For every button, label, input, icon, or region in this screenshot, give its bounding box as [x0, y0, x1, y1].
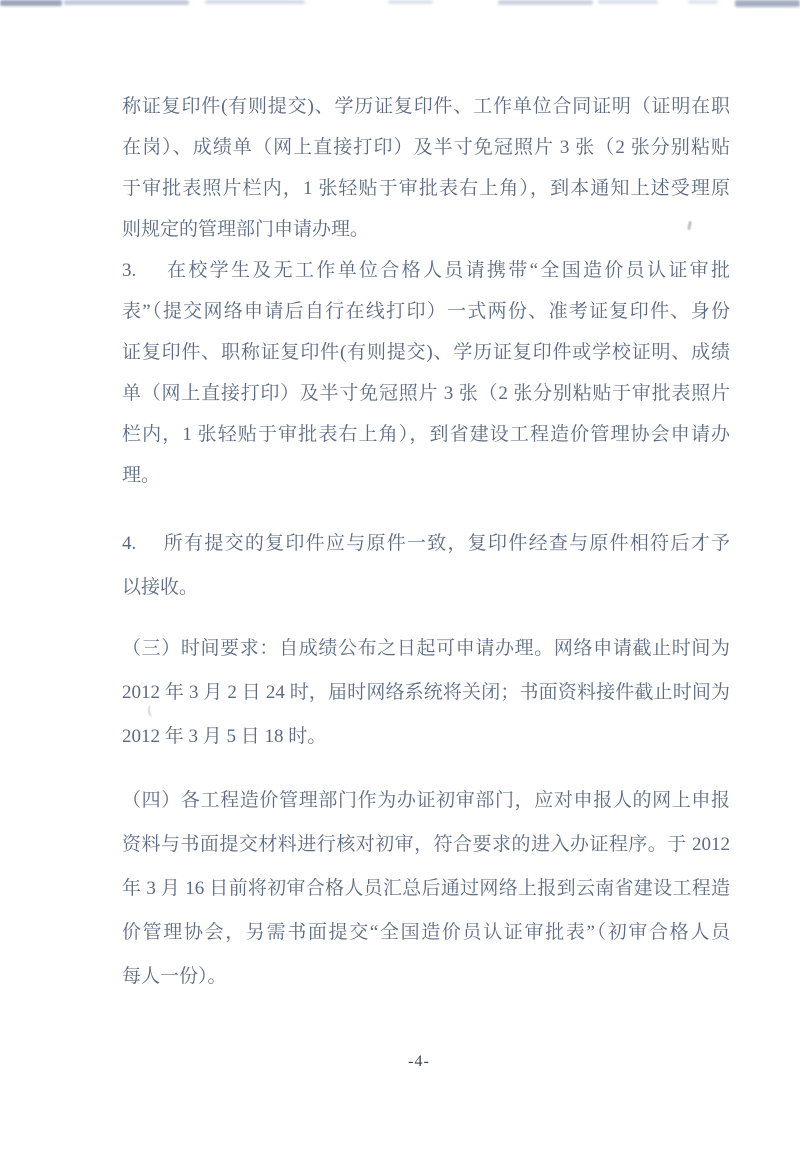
text-line: 每人一份）。	[122, 955, 730, 999]
para-item3: 3. 在校学生及无工作单位合格人员请携带“全国造价员认证审批表”（提交网络申请后…	[122, 250, 730, 496]
text-line: 在岗）、成绩单（网上直接打印）及半寸免冠照片 3 张（2 张分别粘贴	[122, 127, 730, 168]
text-line: 年 3 月 16 日前将初审合格人员汇总后通过网络上报到云南省建设工程造	[122, 867, 730, 911]
text-line: （四）各工程造价管理部门作为办证初审部门，应对申报人的网上申报	[122, 779, 730, 823]
text-line: 以接收。	[122, 566, 730, 610]
text-line: 2012 年 3 月 2 日 24 时，届时网络系统将关闭；书面资料接件截止时间…	[122, 671, 730, 715]
text-line: 资料与书面提交材料进行核对初审，符合要求的进入办证程序。于 2012	[122, 823, 730, 867]
scan-smudge	[598, 0, 658, 4]
para-section3-time-requirement: （三）时间要求：自成绩公布之日起可申请办理。网络申请截止时间为2012 年 3 …	[122, 627, 730, 759]
scan-smudge	[735, 0, 800, 7]
para-item2-continuation: 称证复印件(有则提交)、学历证复印件、工作单位合同证明（证明在职在岗）、成绩单（…	[122, 86, 730, 250]
scan-smudge	[688, 0, 718, 4]
para-item4: 4. 所有提交的复印件应与原件一致，复印件经查与原件相符后才予以接收。	[122, 522, 730, 610]
text-line: （三）时间要求：自成绩公布之日起可申请办理。网络申请截止时间为	[122, 627, 730, 671]
text-line: 表”（提交网络申请后自行在线打印）一式两份、准考证复印件、身份	[122, 291, 730, 332]
scan-smudge	[64, 0, 189, 5]
text-line: 证复印件、职称证复印件(有则提交)、学历证复印件或学校证明、成绩	[122, 332, 730, 373]
text-line: 2012 年 3 月 5 日 18 时。	[122, 715, 730, 759]
text-line: 栏内，1 张轻贴于审批表右上角），到省建设工程造价管理协会申请办	[122, 414, 730, 455]
page-content: 称证复印件(有则提交)、学历证复印件、工作单位合同证明（证明在职在岗）、成绩单（…	[122, 86, 730, 999]
para-section4-preliminary-review: （四）各工程造价管理部门作为办证初审部门，应对申报人的网上申报资料与书面提交材料…	[122, 779, 730, 999]
scan-smudge	[0, 0, 62, 6]
page-number: -4-	[19, 1052, 800, 1072]
scan-smudge	[388, 0, 433, 4]
text-line: 4. 所有提交的复印件应与原件一致，复印件经查与原件相符后才予	[122, 522, 730, 566]
text-line: 3. 在校学生及无工作单位合格人员请携带“全国造价员认证审批	[122, 250, 730, 291]
scan-smudge	[205, 0, 305, 4]
text-line: 则规定的管理部门申请办理。	[122, 209, 730, 250]
text-line: 称证复印件(有则提交)、学历证复印件、工作单位合同证明（证明在职	[122, 86, 730, 127]
text-line: 于审批表照片栏内，1 张轻贴于审批表右上角），到本通知上述受理原	[122, 168, 730, 209]
text-line: 理。	[122, 455, 730, 496]
scan-smudge	[498, 0, 593, 5]
scanned-document-page: 称证复印件(有则提交)、学历证复印件、工作单位合同证明（证明在职在岗）、成绩单（…	[0, 0, 800, 1155]
text-line: 单（网上直接打印）及半寸免冠照片 3 张（2 张分别粘贴于审批表照片	[122, 373, 730, 414]
text-line: 价管理协会，另需书面提交“全国造价员认证审批表”（初审合格人员	[122, 911, 730, 955]
